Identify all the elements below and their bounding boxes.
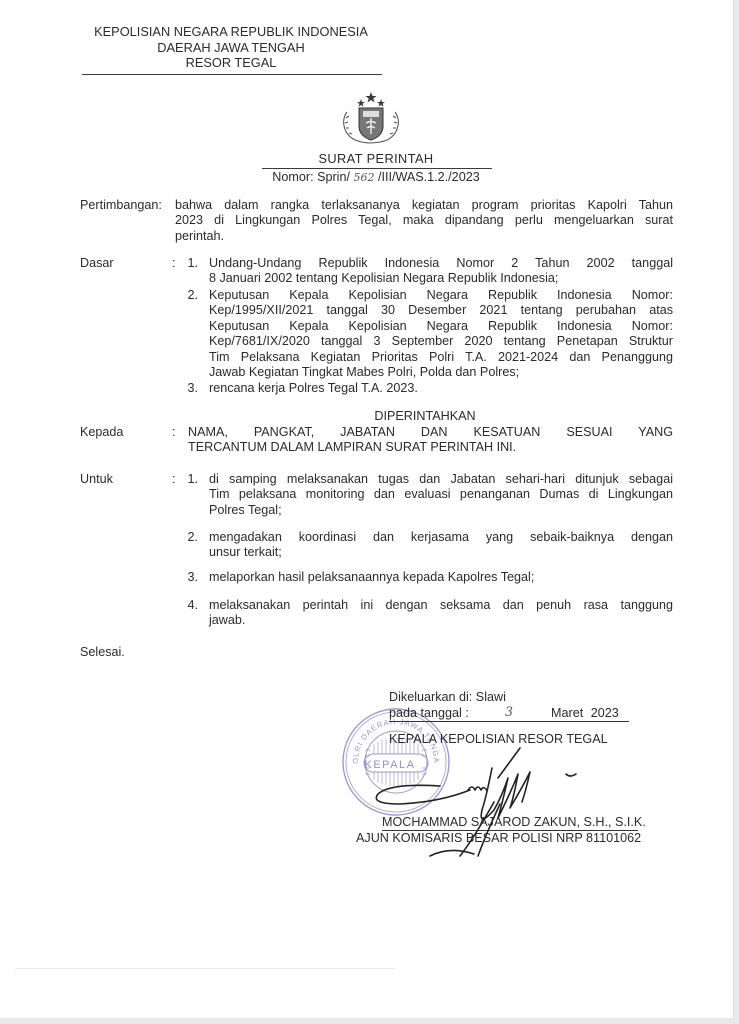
number-handwritten: 562 (353, 171, 374, 184)
dasar-item-line: Undang-Undang Republik Indonesia Nomor 2… (209, 256, 673, 271)
dasar-item-line: rencana kerja Polres Tegal T.A. 2023. (209, 381, 418, 396)
letterhead-line-2: DAERAH JAWA TENGAH (80, 40, 382, 56)
untuk-item-line: Polres Tegal; (209, 503, 673, 518)
kepada-line: NAMA, PANGKAT, JABATAN DAN KESATUAN SESU… (188, 425, 673, 440)
dasar-item-line: Tim Pelaksana Kegiatan Prioritas Polri T… (209, 350, 673, 365)
letterhead-line-1: KEPOLISIAN NEGARA REPUBLIK INDONESIA (80, 24, 382, 40)
untuk-item-number: 4. (182, 598, 198, 613)
untuk-item: melaksanakan perintah ini dengan seksama… (209, 598, 673, 629)
untuk-item-line: unsur terkait; (209, 545, 673, 560)
issued-at: Dikeluarkan di: Slawi (389, 690, 506, 705)
issue-date-month-year: Maret 2023 (551, 706, 619, 721)
letterhead: KEPOLISIAN NEGARA REPUBLIK INDONESIA DAE… (80, 24, 382, 71)
untuk-item-line: di samping melaksanakan tugas dan Jabata… (209, 472, 673, 487)
pertimbangan-line: bahwa dalam rangka terlaksananya kegiata… (175, 198, 673, 213)
signatory-name: MOCHAMMAD SAJAROD ZAKUN, S.H., S.I.K. (382, 815, 646, 830)
untuk-item-line: melaporkan hasil pelaksanaannya kepada K… (209, 570, 534, 585)
issue-date-label: pada tanggal : (389, 706, 469, 721)
dasar-item-line: Jawab Kegiatan Tingkat Mabes Polri, Pold… (209, 365, 673, 380)
untuk-item-line: jawab. (209, 613, 673, 628)
footer-divider (15, 968, 395, 969)
diperintahkan-heading: DIPERINTAHKAN (175, 409, 675, 424)
pertimbangan-label: Pertimbangan: (80, 198, 162, 213)
polri-emblem-icon (337, 90, 405, 148)
dasar-label: Dasar (80, 256, 114, 271)
number-prefix: Nomor: Sprin/ (272, 170, 350, 184)
dasar-item-line: Keputusan Kepala Kepolisian Negara Repub… (209, 319, 673, 334)
untuk-item-line: Tim pelaksana monitoring dan evaluasi pe… (209, 487, 673, 502)
letterhead-divider (82, 74, 382, 75)
untuk-item-line: mengadakan koordinasi dan kerjasama yang… (209, 530, 673, 545)
letterhead-line-3: RESOR TEGAL (80, 55, 382, 71)
kepada-label: Kepada (80, 425, 123, 440)
dasar-item-number: 2. (182, 288, 198, 303)
kepada-colon: : (172, 425, 176, 440)
untuk-item-number: 3. (182, 570, 198, 585)
untuk-label: Untuk (80, 472, 113, 487)
untuk-item-number: 1. (182, 472, 198, 487)
kepada-line: TERCANTUM DALAM LAMPIRAN SURAT PERINTAH … (188, 440, 673, 455)
closing-text: Selesai. (80, 645, 125, 660)
document-title: SURAT PERINTAH (260, 151, 492, 166)
dasar-item-line: Keputusan Kepala Kepolisian Negara Repub… (209, 288, 673, 303)
dasar-item-number: 1. (182, 256, 198, 271)
dasar-item-line: Kep/1995/XII/2021 tanggal 30 Desember 20… (209, 303, 673, 318)
untuk-item: di samping melaksanakan tugas dan Jabata… (209, 472, 673, 518)
document-page: KEPOLISIAN NEGARA REPUBLIK INDONESIA DAE… (0, 0, 734, 1018)
issue-date-day: 3 (505, 704, 513, 719)
untuk-item: mengadakan koordinasi dan kerjasama yang… (209, 530, 673, 561)
date-underline (389, 721, 629, 722)
number-suffix: /III/WAS.1.2./2023 (378, 170, 480, 184)
pertimbangan-line: 2023 di Lingkungan Polres Tegal, maka di… (175, 213, 673, 228)
dasar-item-line: Kep/7681/IX/2020 tanggal 3 September 202… (209, 334, 673, 349)
untuk-item-number: 2. (182, 530, 198, 545)
untuk-colon: : (172, 472, 176, 487)
dasar-item: Keputusan Kepala Kepolisian Negara Repub… (209, 288, 673, 380)
dasar-item: Undang-Undang Republik Indonesia Nomor 2… (209, 256, 673, 287)
dasar-colon: : (172, 256, 176, 271)
dasar-item-number: 3. (182, 381, 198, 396)
pertimbangan-text: bahwa dalam rangka terlaksananya kegiata… (175, 198, 673, 244)
title-underline (262, 168, 492, 169)
document-number: Nomor: Sprin/ 562 /III/WAS.1.2./2023 (260, 170, 492, 185)
pertimbangan-line: perintah. (175, 229, 673, 244)
untuk-item-line: melaksanakan perintah ini dengan seksama… (209, 598, 673, 613)
kepada-text: NAMA, PANGKAT, JABATAN DAN KESATUAN SESU… (188, 425, 673, 456)
dasar-item-line: 8 Januari 2002 tentang Kepolisian Negara… (209, 271, 673, 286)
signatory-rank-nrp: AJUN KOMISARIS BESAR POLISI NRP 81101062 (356, 831, 641, 846)
